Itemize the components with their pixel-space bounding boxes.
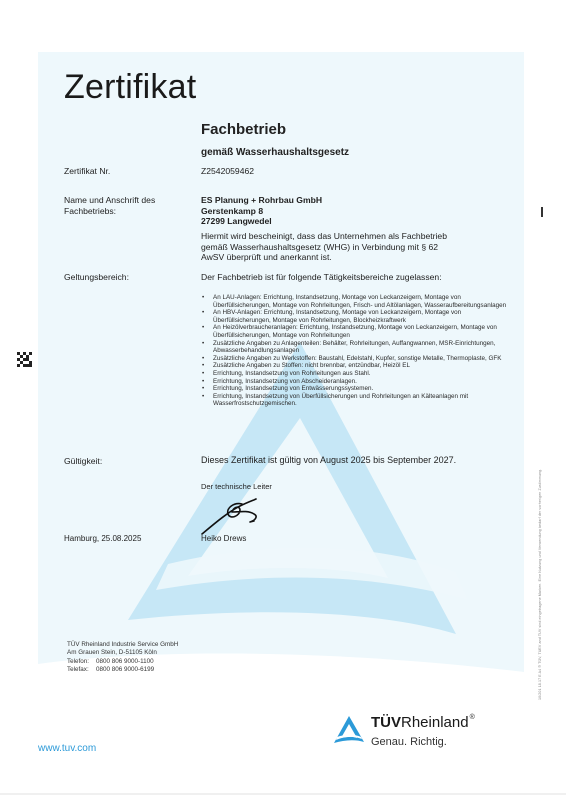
website-link[interactable]: www.tuv.com [38, 743, 96, 754]
scope-item: Errichtung, Instandsetzung von Überfülls… [201, 393, 519, 408]
issuer-phone-row: Telefon:0800 806 9000-1100 [67, 658, 178, 666]
company-address: ES Planung + Rohrbau GmbH Gerstenkamp 8 … [201, 195, 322, 227]
signatory-name: Heiko Drews [201, 534, 246, 543]
company-label: Name und Anschrift des Fachbetriebs: [64, 195, 155, 216]
statement-line: Hiermit wird bescheinigt, dass das Unter… [201, 231, 447, 242]
tuv-rheinland-logo: TÜVRheinland® Genau. Richtig. [333, 713, 493, 758]
validity-text: Dieses Zertifikat ist gültig von August … [201, 455, 456, 465]
side-legal-text: 10/201 18.17 E A4 ® TÜV, TUEV and TUV si… [538, 469, 542, 700]
signatory-title: Der technische Leiter [201, 482, 272, 491]
company-name: ES Planung + Rohrbau GmbH [201, 195, 322, 206]
document-subtitle-detail: gemäß Wasserhaushaltsgesetz [201, 147, 349, 158]
scope-item: Errichtung, Instandsetzung von Rohrleitu… [201, 370, 519, 378]
document-subtitle: Fachbetrieb [201, 121, 286, 138]
logo-brand-rest: Rheinland [401, 714, 469, 731]
signature-mark [198, 494, 268, 536]
scope-item: Errichtung, Instandsetzung von Entwässer… [201, 385, 519, 393]
fax-label: Telefax: [67, 666, 96, 674]
scope-list: An LAU-Anlagen: Errichtung, Instandsetzu… [201, 294, 519, 408]
place-and-date: Hamburg, 25.08.2025 [64, 534, 141, 543]
company-label-line1: Name und Anschrift des [64, 195, 155, 206]
certificate-number: Z2542059462 [201, 166, 254, 177]
issuer-address: Am Grauen Stein, D-51105 Köln [67, 649, 178, 657]
scope-item: Errichtung, Instandsetzung von Abscheide… [201, 378, 519, 386]
logo-brand: TÜVRheinland® [371, 714, 475, 731]
margin-mark [541, 207, 543, 217]
company-label-line2: Fachbetriebs: [64, 206, 155, 217]
scope-intro: Der Fachbetrieb ist für folgende Tätigke… [201, 272, 442, 283]
scope-item: Zusätzliche Angaben zu Anlagenteilen: Be… [201, 340, 519, 355]
scope-item: An Heizölverbraucheranlagen: Errichtung,… [201, 324, 519, 339]
validity-label: Gültigkeit: [64, 456, 102, 467]
issuer-phone: 0800 806 9000-1100 [96, 658, 154, 665]
qr-code-icon [17, 352, 32, 367]
company-street: Gerstenkamp 8 [201, 206, 322, 217]
issuer-name: TÜV Rheinland Industrie Service GmbH [67, 641, 178, 649]
page-bottom-edge [0, 793, 566, 795]
registered-mark: ® [470, 714, 475, 721]
tuv-triangle-logo-icon [333, 715, 365, 745]
scope-item: Zusätzliche Angaben zu Werkstoffen: Baus… [201, 355, 519, 363]
issuer-block: TÜV Rheinland Industrie Service GmbH Am … [67, 641, 178, 675]
issuer-fax: 0800 806 9000-6199 [96, 666, 154, 673]
company-city: 27299 Langwedel [201, 216, 322, 227]
certificate-number-label: Zertifikat Nr. [64, 166, 110, 177]
issuer-fax-row: Telefax:0800 806 9000-6199 [67, 666, 178, 674]
document-title: Zertifikat [64, 68, 196, 107]
logo-tagline: Genau. Richtig. [371, 736, 447, 748]
statement-line: AwSV überprüft und anerkannt ist. [201, 252, 447, 263]
phone-label: Telefon: [67, 658, 96, 666]
scope-item: An HBV-Anlagen: Errichtung, Instandsetzu… [201, 309, 519, 324]
statement-line: gemäß Wasserhaushaltsgesetz (WHG) in Ver… [201, 242, 447, 253]
scope-item: Zusätzliche Angaben zu Stoffen: nicht br… [201, 362, 519, 370]
scope-label: Geltungsbereich: [64, 272, 129, 283]
certification-statement: Hiermit wird bescheinigt, dass das Unter… [201, 231, 447, 263]
scope-item: An LAU-Anlagen: Errichtung, Instandsetzu… [201, 294, 519, 309]
logo-brand-bold: TÜV [371, 714, 401, 731]
